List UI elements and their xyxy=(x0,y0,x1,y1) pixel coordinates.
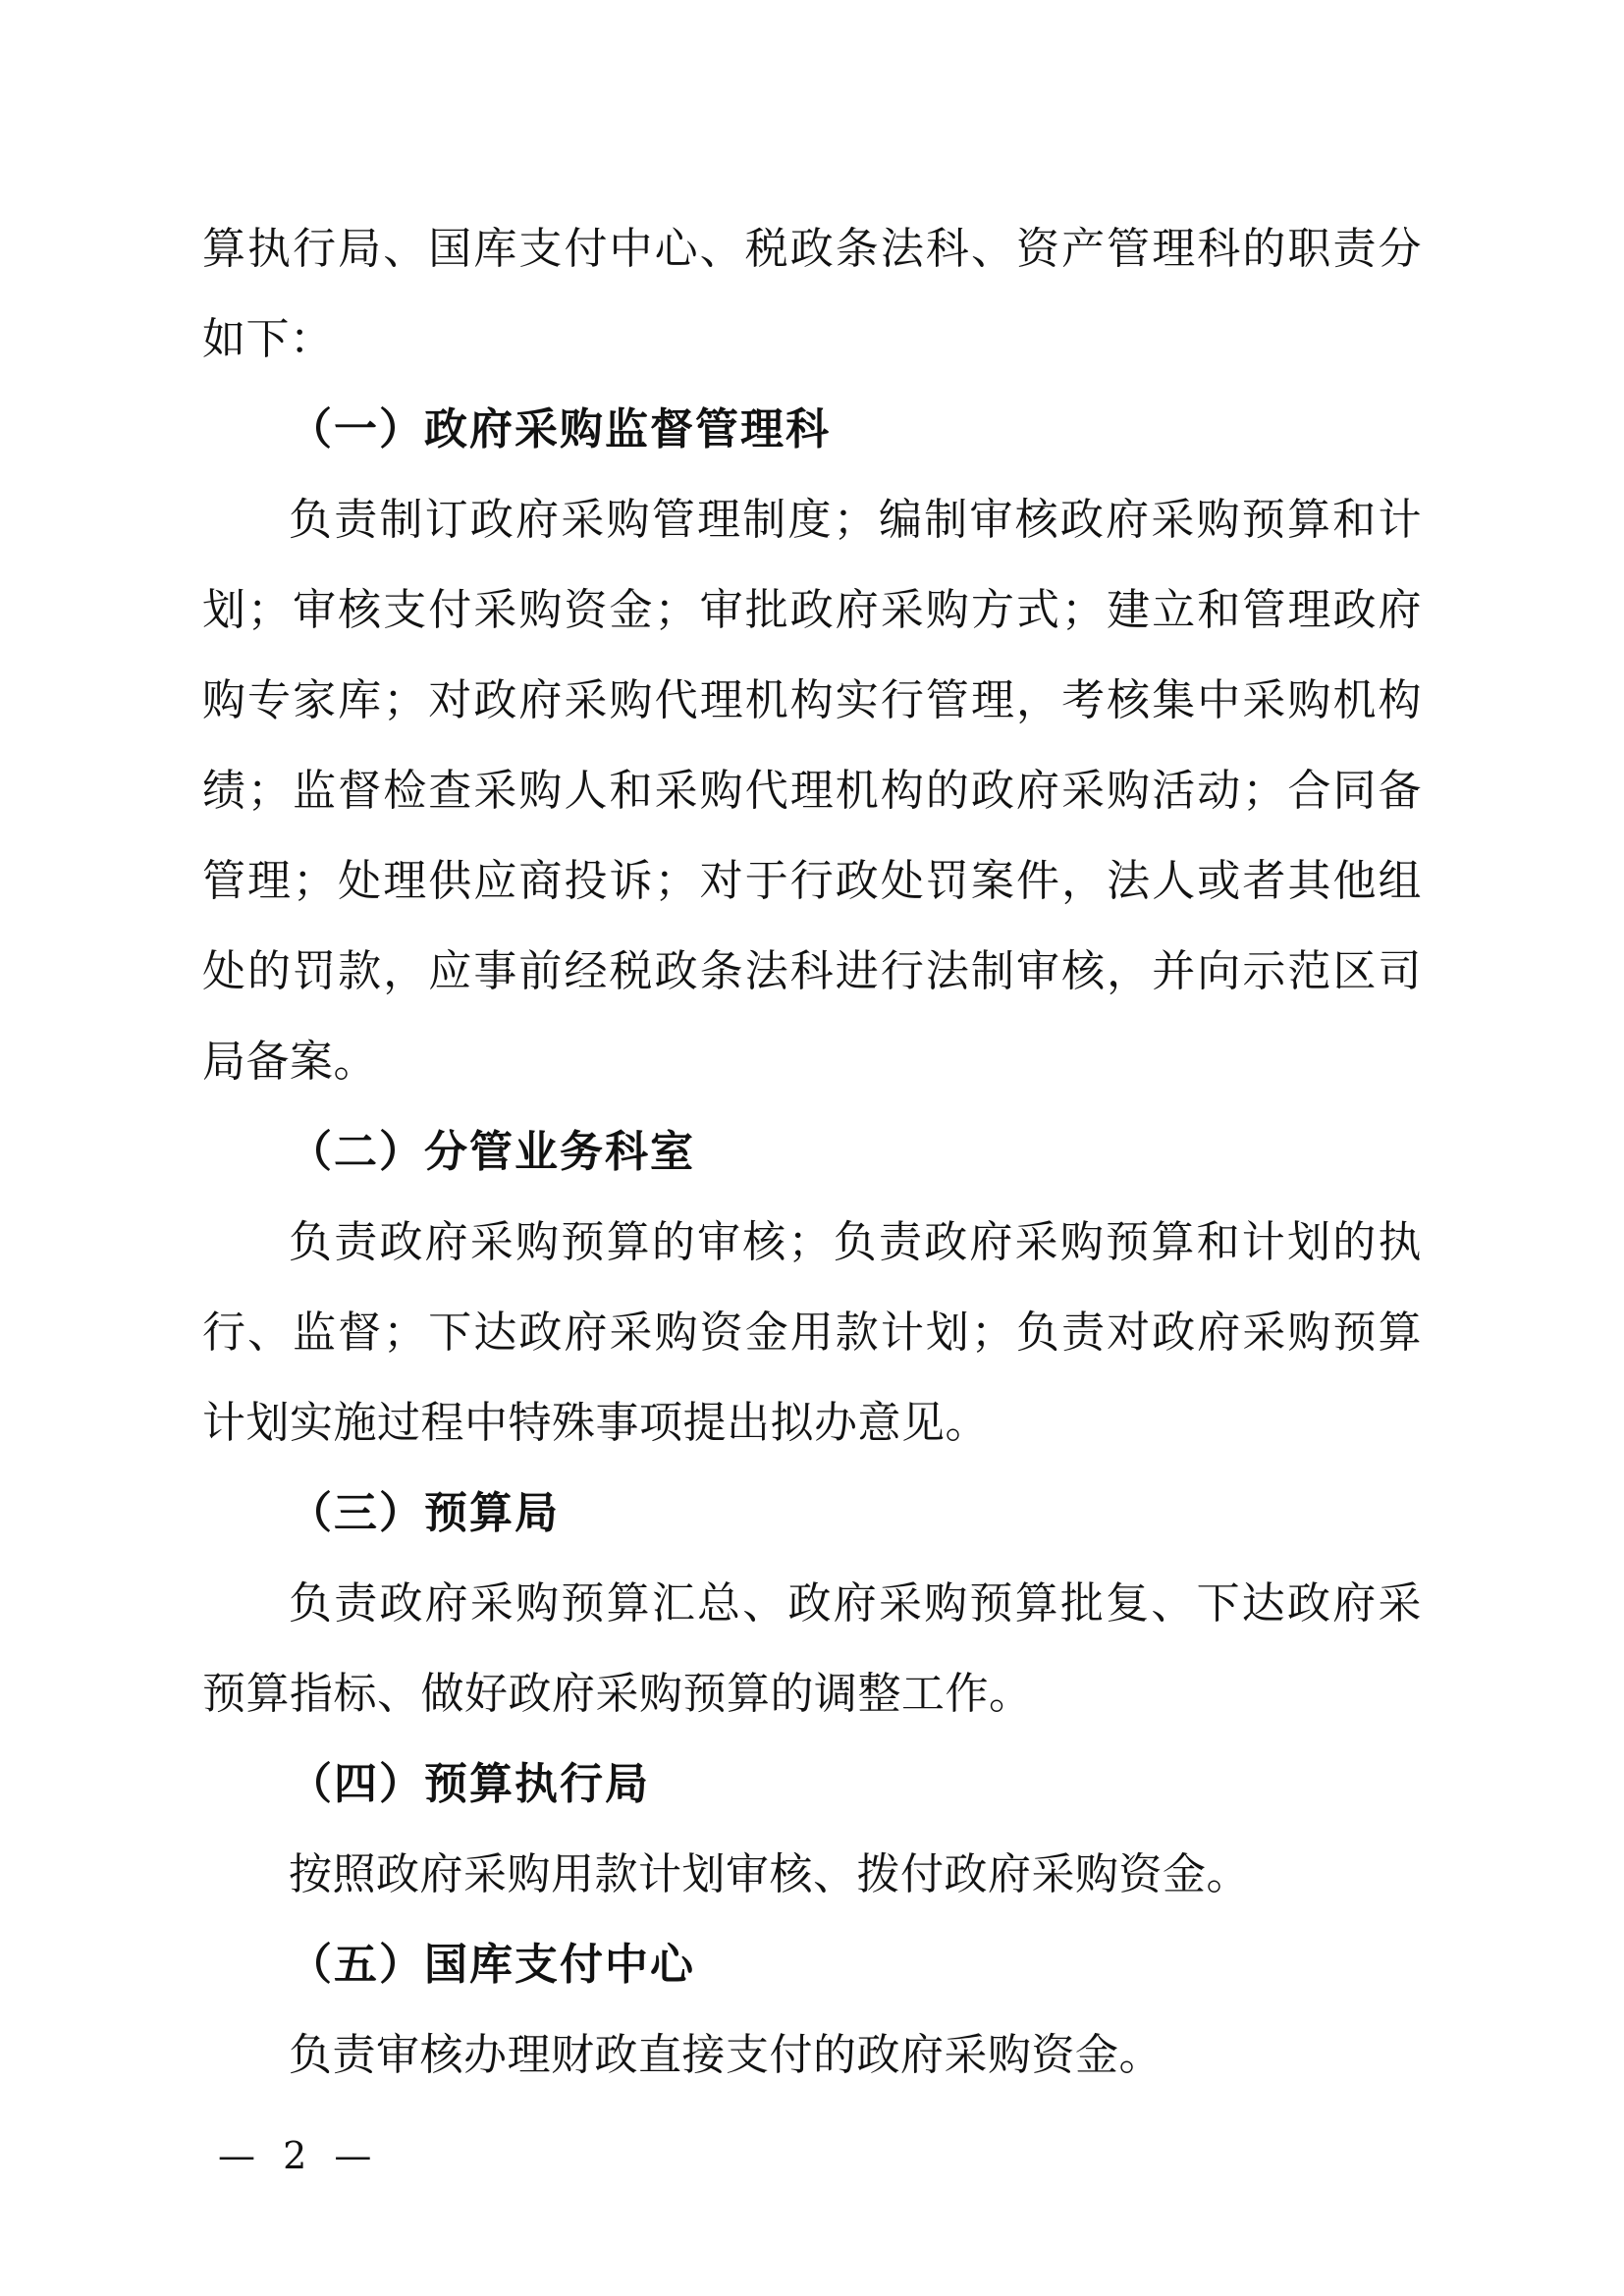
body-line: 按照政府采购用款计划审核、拨付政府采购资金。 xyxy=(202,1830,1422,1920)
body-line: 计划实施过程中特殊事项提出拟办意见。 xyxy=(202,1378,1422,1468)
body-line: 负责制订政府采购管理制度；编制审核政府采购预算和计 xyxy=(202,475,1422,565)
body-line: 行、监督；下达政府采购资金用款计划；负责对政府采购预算和 xyxy=(202,1288,1422,1378)
section-heading: （一）政府采购监督管理科 xyxy=(202,385,1422,475)
body-line: 算执行局、国库支付中心、税政条法科、资产管理科的职责分工 xyxy=(202,204,1422,294)
body-line: 预算指标、做好政府采购预算的调整工作。 xyxy=(202,1649,1422,1739)
body-line: 如下： xyxy=(202,294,1422,385)
page-number: — 2 — xyxy=(218,2126,379,2185)
body-line: 管理；处理供应商投诉；对于行政处罚案件，法人或者其他组织 xyxy=(202,836,1422,927)
body-line: 绩；监督检查采购人和采购代理机构的政府采购活动；合同备案 xyxy=(202,746,1422,836)
section-heading: （五）国库支付中心 xyxy=(202,1920,1422,2010)
body-line: 购专家库；对政府采购代理机构实行管理，考核集中采购机构业 xyxy=(202,656,1422,746)
body-line: 负责政府采购预算汇总、政府采购预算批复、下达政府采购 xyxy=(202,1559,1422,1649)
section-heading: （四）预算执行局 xyxy=(202,1739,1422,1830)
body-line: 处的罚款，应事前经税政条法科进行法制审核，并向示范区司法 xyxy=(202,927,1422,1017)
section-heading: （二）分管业务科室 xyxy=(202,1107,1422,1198)
section-heading: （三）预算局 xyxy=(202,1468,1422,1559)
document-page: 算执行局、国库支付中心、税政条法科、资产管理科的职责分工 如下： （一）政府采购… xyxy=(0,0,1624,2296)
body-line: 负责审核办理财政直接支付的政府采购资金。 xyxy=(202,2010,1422,2101)
document-text: 算执行局、国库支付中心、税政条法科、资产管理科的职责分工 如下： （一）政府采购… xyxy=(202,204,1422,2101)
body-line: 负责政府采购预算的审核；负责政府采购预算和计划的执 xyxy=(202,1198,1422,1288)
body-line: 划；审核支付采购资金；审批政府采购方式；建立和管理政府采 xyxy=(202,565,1422,656)
body-line: 局备案。 xyxy=(202,1017,1422,1107)
